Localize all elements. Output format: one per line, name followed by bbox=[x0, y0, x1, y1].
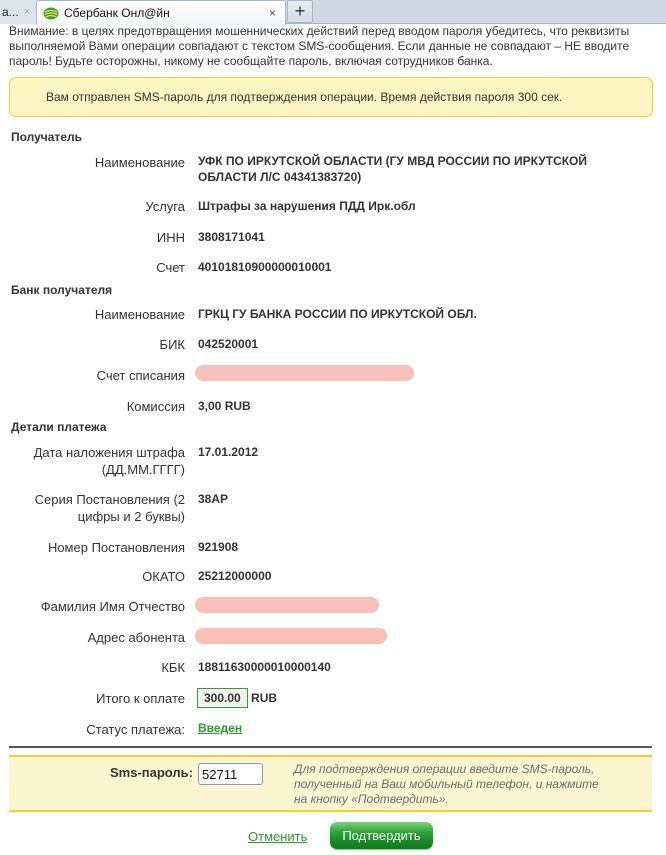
field-label: Серия Постановления (2 цифры и 2 буквы) bbox=[35, 491, 185, 525]
sberbank-logo-icon bbox=[43, 6, 59, 20]
security-warning: Внимание: в целях предотвращения мошенни… bbox=[9, 24, 659, 69]
browser-tab-bar: а... × Сбербанк Онл@йн × + bbox=[0, 0, 666, 24]
sms-sent-notice: Вам отправлен SMS-пароль для подтвержден… bbox=[9, 77, 653, 117]
field-label: ИНН bbox=[157, 229, 185, 246]
field-label: ОКАТО bbox=[142, 568, 185, 585]
label-line: Серия Постановления (2 bbox=[35, 492, 185, 507]
divider bbox=[9, 746, 652, 748]
tab-title: Сбербанк Онл@йн bbox=[64, 6, 269, 20]
field-value: 300.00 RUB bbox=[197, 688, 277, 708]
field-label: Наименование bbox=[95, 154, 185, 171]
close-tab-icon[interactable]: × bbox=[24, 6, 30, 18]
field-label: Комиссия bbox=[127, 398, 185, 415]
label-line: Дата наложения штрафа bbox=[34, 445, 185, 460]
confirm-button[interactable]: Подтвердить bbox=[330, 822, 433, 849]
field-value: 042520001 bbox=[198, 336, 258, 352]
plus-icon: + bbox=[295, 1, 306, 22]
label-line: (ДД.ММ.ГГГГ) bbox=[102, 462, 185, 477]
field-label: Номер Постановления bbox=[48, 539, 185, 556]
total-amount: 300.00 bbox=[197, 688, 248, 708]
field-value: 18811630000010000140 bbox=[198, 659, 331, 675]
label-line: цифры и 2 буквы) bbox=[78, 509, 185, 524]
section-title-bank: Банк получателя bbox=[11, 283, 112, 297]
field-label: Счет bbox=[156, 259, 185, 276]
sms-password-input[interactable] bbox=[198, 763, 263, 785]
section-title-recipient: Получатель bbox=[11, 130, 82, 144]
sms-password-panel: Sms-пароль: Для подтверждения операции в… bbox=[9, 755, 652, 812]
field-label: БИК bbox=[160, 336, 185, 353]
redacted-value bbox=[195, 365, 414, 381]
total-currency: RUB bbox=[251, 691, 277, 705]
field-value: ГРКЦ ГУ БАНКА РОССИИ ПО ИРКУТСКОЙ ОБЛ. bbox=[198, 306, 477, 322]
field-value: 17.01.2012 bbox=[198, 444, 258, 460]
tab-title: а... bbox=[2, 5, 19, 19]
field-label: Счет списания bbox=[97, 367, 185, 384]
field-value: УФК ПО ИРКУТСКОЙ ОБЛАСТИ (ГУ МВД РОССИИ … bbox=[198, 153, 598, 185]
field-label: Адрес абонента bbox=[88, 629, 185, 646]
field-value: Штрафы за нарушения ПДД Ирк.обл bbox=[198, 198, 416, 214]
field-value: 38АР bbox=[198, 491, 228, 507]
field-label: КБК bbox=[161, 659, 185, 676]
section-title-details: Детали платежа bbox=[11, 420, 106, 434]
field-value: 3808171041 bbox=[198, 229, 265, 245]
redacted-value bbox=[195, 628, 387, 644]
new-tab-button[interactable]: + bbox=[287, 0, 313, 23]
field-label: Дата наложения штрафа (ДД.ММ.ГГГГ) bbox=[34, 444, 185, 478]
close-tab-icon[interactable]: × bbox=[269, 6, 276, 20]
sms-notice-text: Вам отправлен SMS-пароль для подтвержден… bbox=[46, 90, 562, 104]
cancel-link[interactable]: Отменить bbox=[248, 829, 307, 844]
field-value: 25212000000 bbox=[198, 568, 271, 584]
field-label: Услуга bbox=[145, 198, 185, 215]
field-value: 921908 bbox=[198, 539, 238, 555]
field-label: Фамилия Имя Отчество bbox=[41, 598, 185, 615]
field-value: 3,00 RUB bbox=[198, 398, 251, 414]
field-value: Введен bbox=[198, 720, 242, 736]
field-label: Статус платежа: bbox=[86, 721, 185, 738]
status-link[interactable]: Введен bbox=[198, 721, 242, 735]
sms-password-hint: Для подтверждения операции введите SMS-п… bbox=[294, 762, 614, 807]
browser-tab-sberbank[interactable]: Сбербанк Онл@йн × bbox=[36, 0, 286, 25]
field-value: 40101810900000010001 bbox=[198, 259, 331, 275]
browser-tab-previous[interactable]: а... × bbox=[0, 0, 36, 24]
redacted-value bbox=[195, 597, 379, 613]
field-label: Итого к оплате bbox=[96, 690, 185, 707]
field-label: Наименование bbox=[95, 306, 185, 323]
sms-password-label: Sms-пароль: bbox=[109, 765, 193, 780]
